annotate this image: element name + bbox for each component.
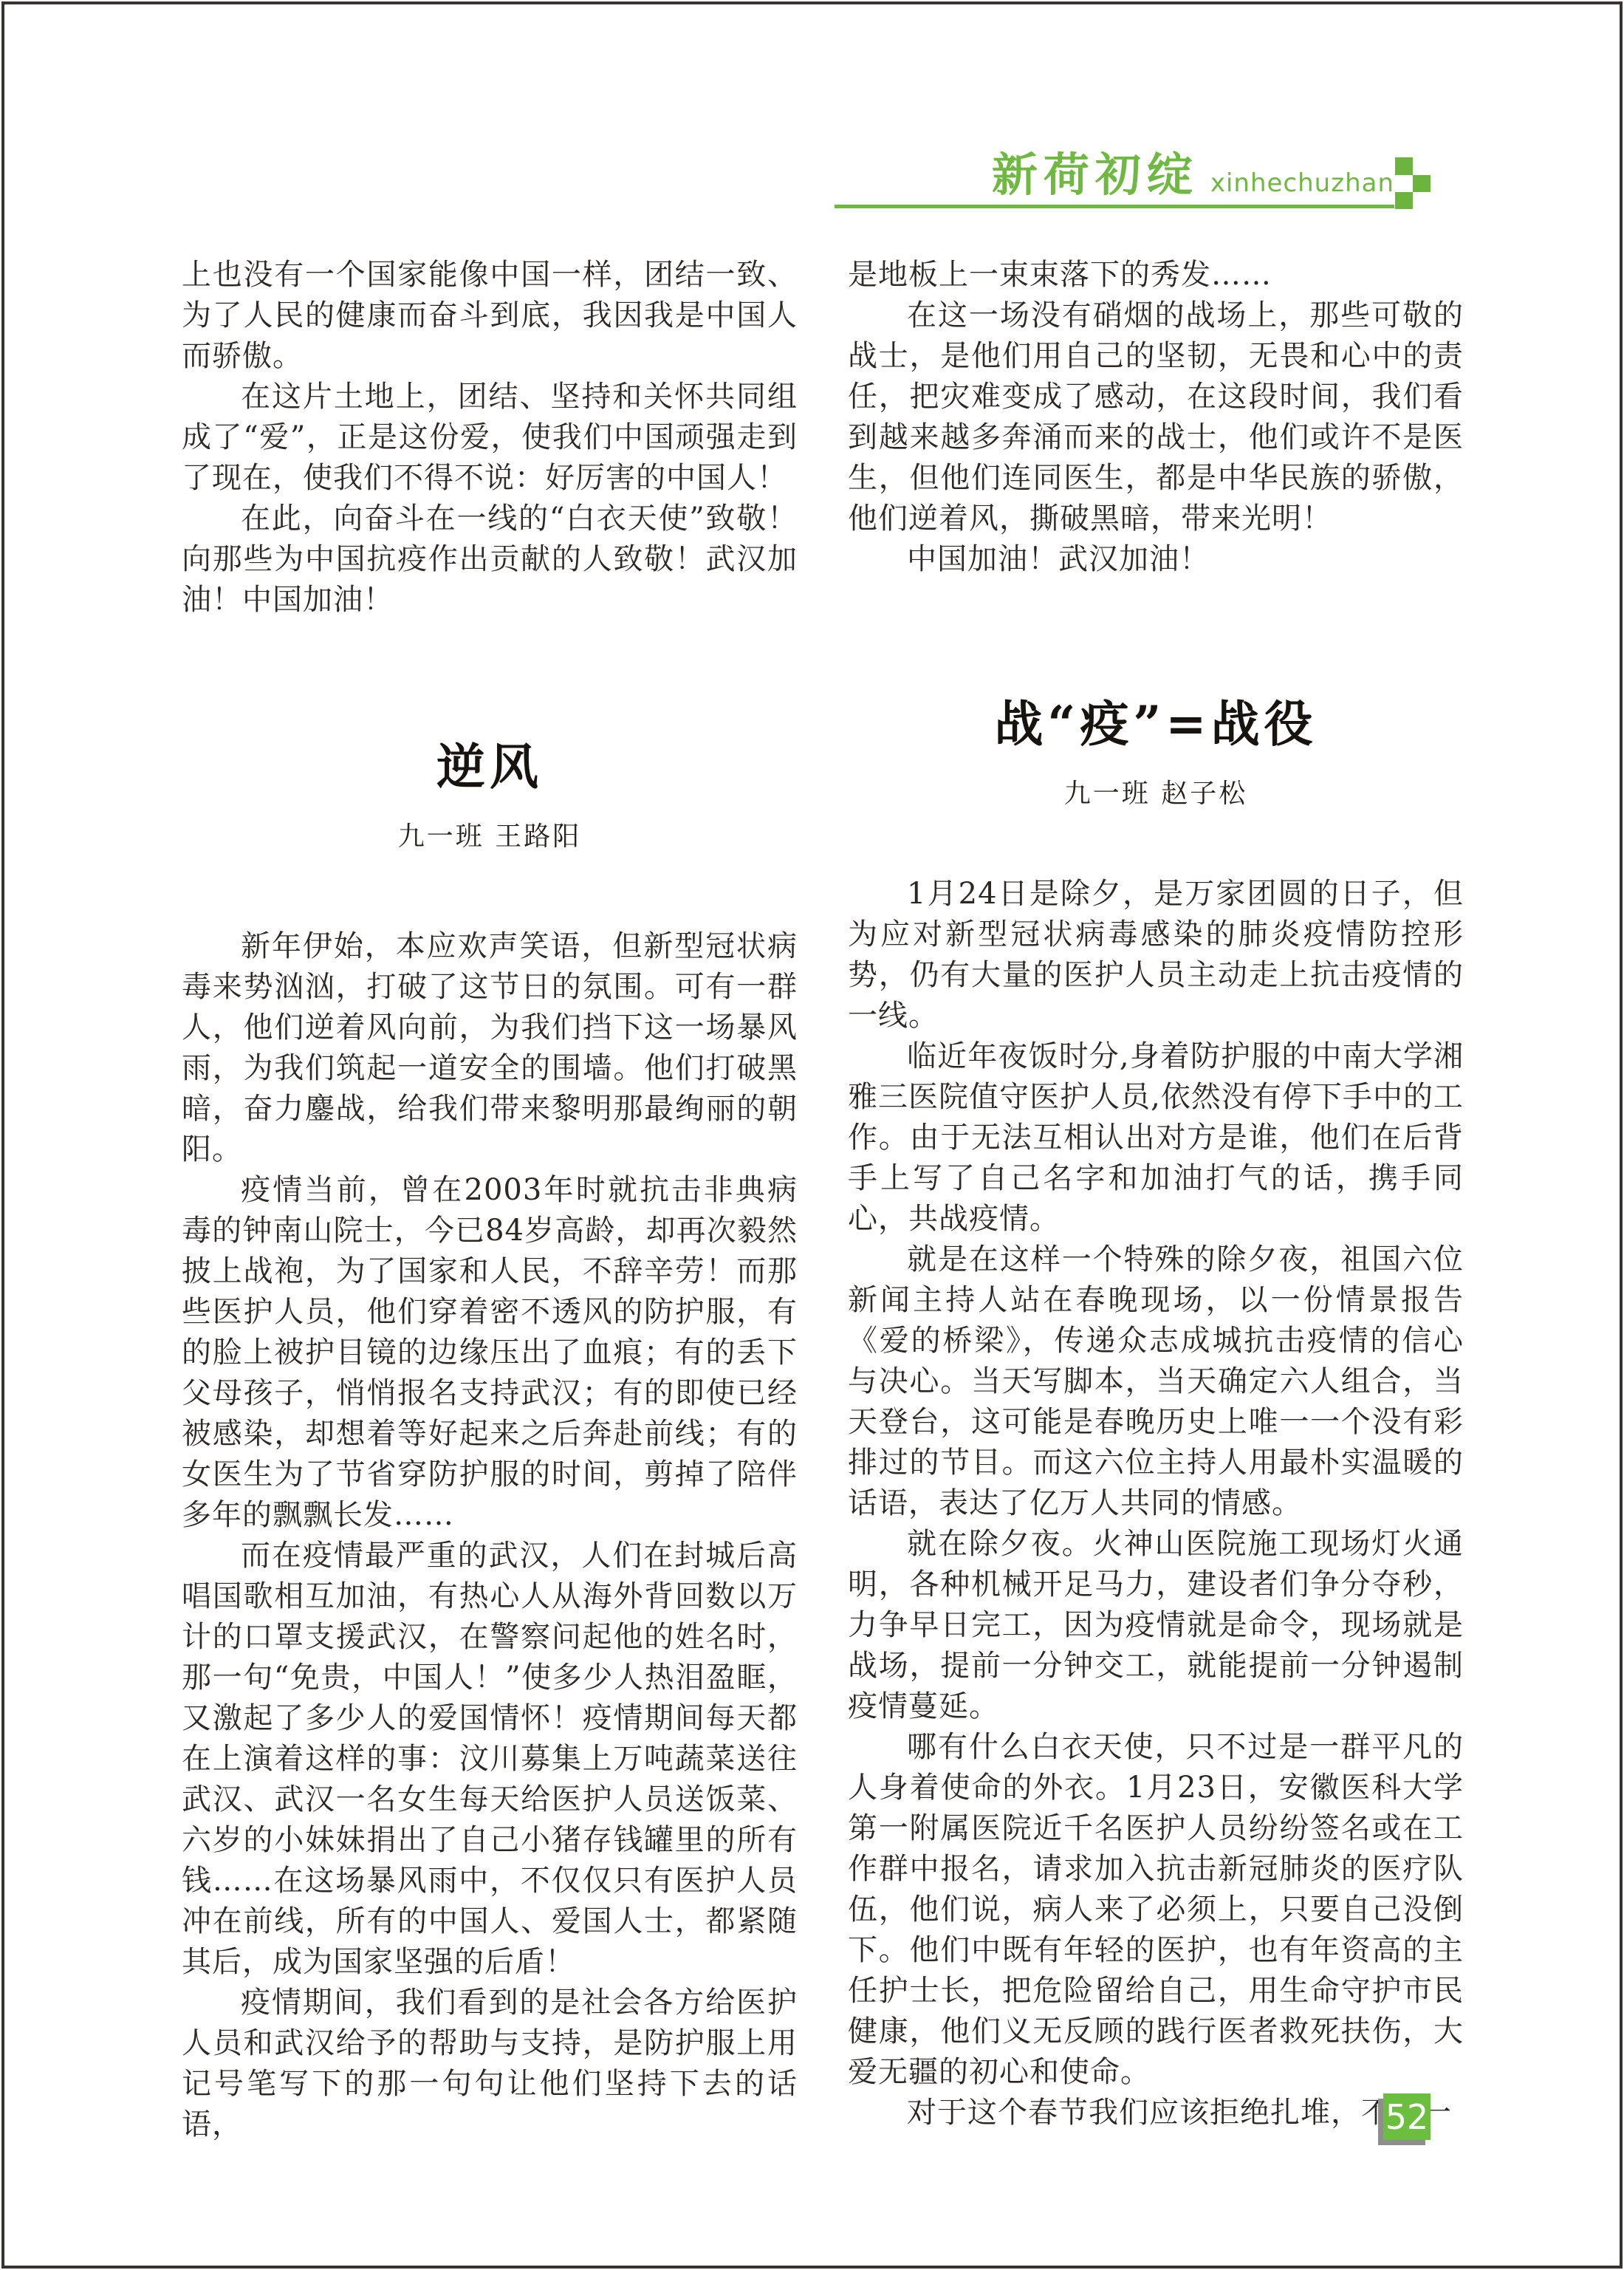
article-author-nifeng: 九一班 王路阳 [182, 822, 798, 852]
continuation-paragraph: 在这片土地上，团结、坚持和关怀共同组成了“爱”，正是这份爱，使我们中国顽强走到了… [182, 377, 798, 499]
body-paragraph: 就是在这样一个特殊的除夕夜，祖国六位新闻主持人站在春晚现场，以一份情景报告《爱的… [848, 1240, 1464, 1524]
page-number-badge: 52 [1383, 2093, 1431, 2140]
body-paragraph: 1月24日是除夕，是万家团圆的日子，但为应对新型冠状病毒感染的肺炎疫情防控形势，… [848, 874, 1464, 1036]
continuation-paragraph: 在此，向奋斗在一线的“白衣天使”致敬！向那些为中国抗疫作出贡献的人致敬！武汉加油… [182, 499, 798, 621]
page-number: 52 [1385, 2097, 1429, 2137]
article-author-zhanyi: 九一班 赵子松 [848, 779, 1464, 809]
logo-square-icon [1395, 157, 1413, 175]
logo-square-icon [1395, 192, 1413, 209]
logo-square-icon [1413, 175, 1431, 192]
article-header-zhanyi: 战“疫”=战役 九一班 赵子松 [848, 698, 1464, 809]
page-header: 新荷初绽 xinhechuzhan [835, 152, 1394, 208]
header-title-row: 新荷初绽 xinhechuzhan [835, 152, 1394, 198]
body-paragraph: 就在除夕夜。火神山医院施工现场灯火通明，各种机械开足马力，建设者们争分夺秒，力争… [848, 1524, 1464, 1727]
article-title-zhanyi: 战“疫”=战役 [848, 698, 1464, 750]
article-title-nifeng: 逆风 [182, 741, 798, 793]
continuation-paragraph: 在这一场没有硝烟的战场上，那些可敬的战士，是他们用自己的坚韧，无畏和心中的责任，… [848, 295, 1464, 539]
body-paragraph: 哪有什么白衣天使，只不过是一群平凡的人身着使命的外衣。1月23日，安徽医科大学第… [848, 1727, 1464, 2093]
body-paragraph: 而在疫情最严重的武汉，人们在封城后高唱国歌相互加油，有热心人从海外背回数以万计的… [182, 1536, 798, 1983]
continuation-paragraph: 中国加油！武汉加油！ [848, 539, 1464, 580]
article-body-zhanyi: 1月24日是除夕，是万家团圆的日子，但为应对新型冠状病毒感染的肺炎疫情防控形势，… [848, 874, 1464, 2133]
article-body-nifeng: 新年伊始，本应欢声笑语，但新型冠状病毒来势汹汹，打破了这节日的氛围。可有一群人，… [182, 926, 798, 2145]
continuation-paragraph: 是地板上一束束落下的秀发…… [848, 255, 1464, 295]
body-paragraph: 疫情期间，我们看到的是社会各方给医护人员和武汉给予的帮助与支持，是防护服上用记号… [182, 1983, 798, 2145]
left-column: 上也没有一个国家能像中国一样，团结一致、为了人民的健康而奋斗到底，我因我是中国人… [182, 255, 798, 2145]
body-paragraph: 临近年夜饭时分,身着防护服的中南大学湘雅三医院值守医护人员,依然没有停下手中的工… [848, 1036, 1464, 1240]
magazine-section-title-pinyin: xinhechuzhan [1210, 171, 1394, 198]
magazine-section-title: 新荷初绽 [992, 152, 1199, 198]
continuation-paragraph: 上也没有一个国家能像中国一样，团结一致、为了人民的健康而奋斗到底，我因我是中国人… [182, 255, 798, 377]
right-column: 是地板上一束束落下的秀发…… 在这一场没有硝烟的战场上，那些可敬的战士，是他们用… [848, 255, 1464, 2133]
header-underline [835, 205, 1394, 208]
header-logo-squares-icon [1395, 157, 1431, 209]
article-header-nifeng: 逆风 九一班 王路阳 [182, 741, 798, 852]
body-paragraph: 对于这个春节我们应该拒绝扎堆，不图一 [848, 2093, 1464, 2133]
body-paragraph: 新年伊始，本应欢声笑语，但新型冠状病毒来势汹汹，打破了这节日的氛围。可有一群人，… [182, 926, 798, 1170]
body-paragraph: 疫情当前，曾在2003年时就抗击非典病毒的钟南山院士，今已84岁高龄，却再次毅然… [182, 1170, 798, 1536]
